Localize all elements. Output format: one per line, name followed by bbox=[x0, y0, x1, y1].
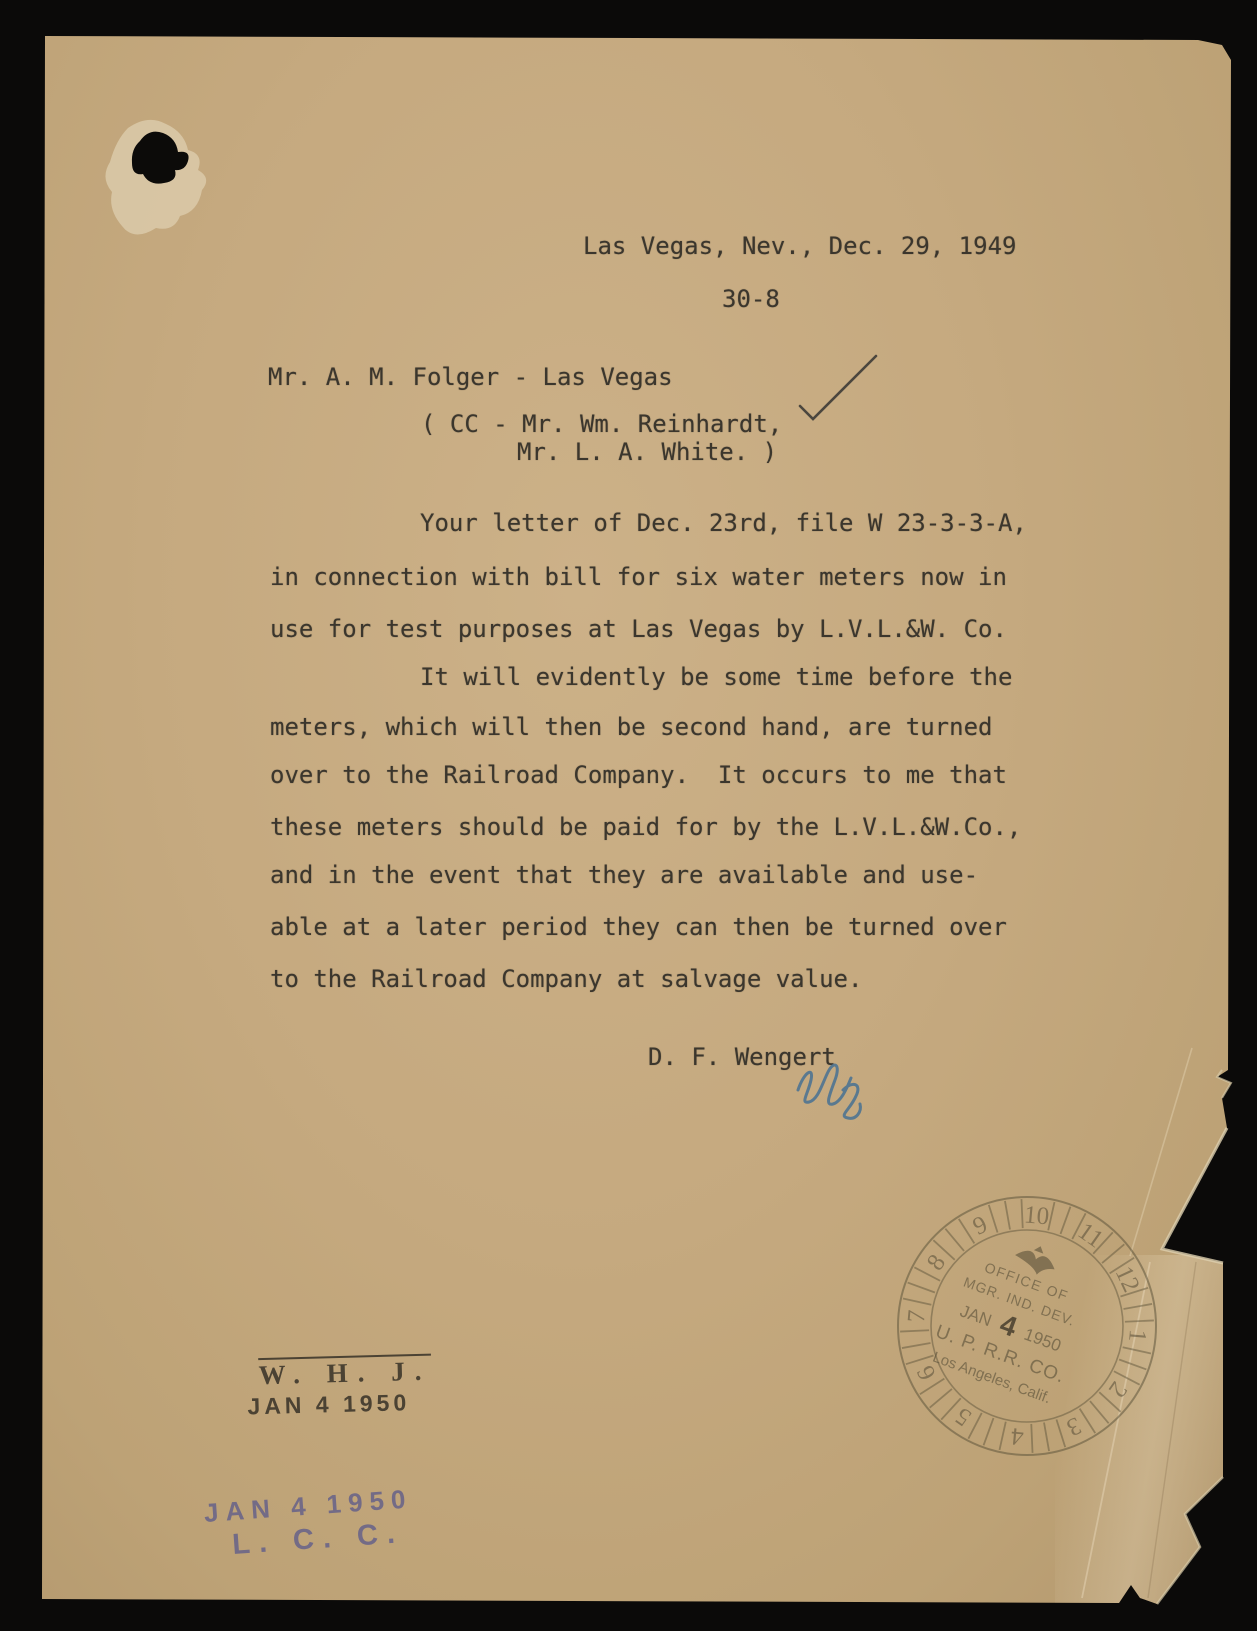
body-line: and in the event that they are available… bbox=[270, 860, 978, 890]
torn-flap-shading bbox=[1055, 1255, 1230, 1610]
stamp-initials: W. H. J. bbox=[246, 1356, 432, 1392]
dateline: Las Vegas, Nev., Dec. 29, 1949 bbox=[583, 231, 1016, 261]
body-line: in connection with bill for six water me… bbox=[270, 562, 1007, 592]
body-line: these meters should be paid for by the L… bbox=[270, 812, 1021, 842]
body-line: over to the Railroad Company. It occurs … bbox=[270, 760, 1007, 790]
body-line: to the Railroad Company at salvage value… bbox=[270, 964, 862, 994]
received-stamp-lcc: JAN 4 1950 L. C. C. bbox=[203, 1483, 416, 1563]
cc-line-2: Mr. L. A. White. ) bbox=[517, 437, 777, 467]
recipient-line: Mr. A. M. Folger - Las Vegas bbox=[268, 362, 673, 392]
reference-number: 30-8 bbox=[722, 284, 780, 314]
signature: D. F. Wengert bbox=[648, 1042, 836, 1072]
body-line: meters, which will then be second hand, … bbox=[270, 712, 992, 742]
received-stamp-whj: W. H. J. JAN 4 1950 bbox=[246, 1356, 432, 1421]
cc-line-1: ( CC - Mr. Wm. Reinhardt, bbox=[421, 409, 782, 439]
stamp-date: JAN 4 1950 bbox=[247, 1389, 432, 1421]
body-line: It will evidently be some time before th… bbox=[420, 662, 1012, 692]
body-line: Your letter of Dec. 23rd, file W 23-3-3-… bbox=[420, 508, 1027, 538]
body-line: use for test purposes at Las Vegas by L.… bbox=[270, 614, 1007, 644]
letter-paper: Las Vegas, Nev., Dec. 29, 1949 30-8 Mr. … bbox=[0, 0, 1257, 1631]
photo-background: Las Vegas, Nev., Dec. 29, 1949 30-8 Mr. … bbox=[0, 0, 1257, 1631]
body-line: able at a later period they can then be … bbox=[270, 912, 1007, 942]
